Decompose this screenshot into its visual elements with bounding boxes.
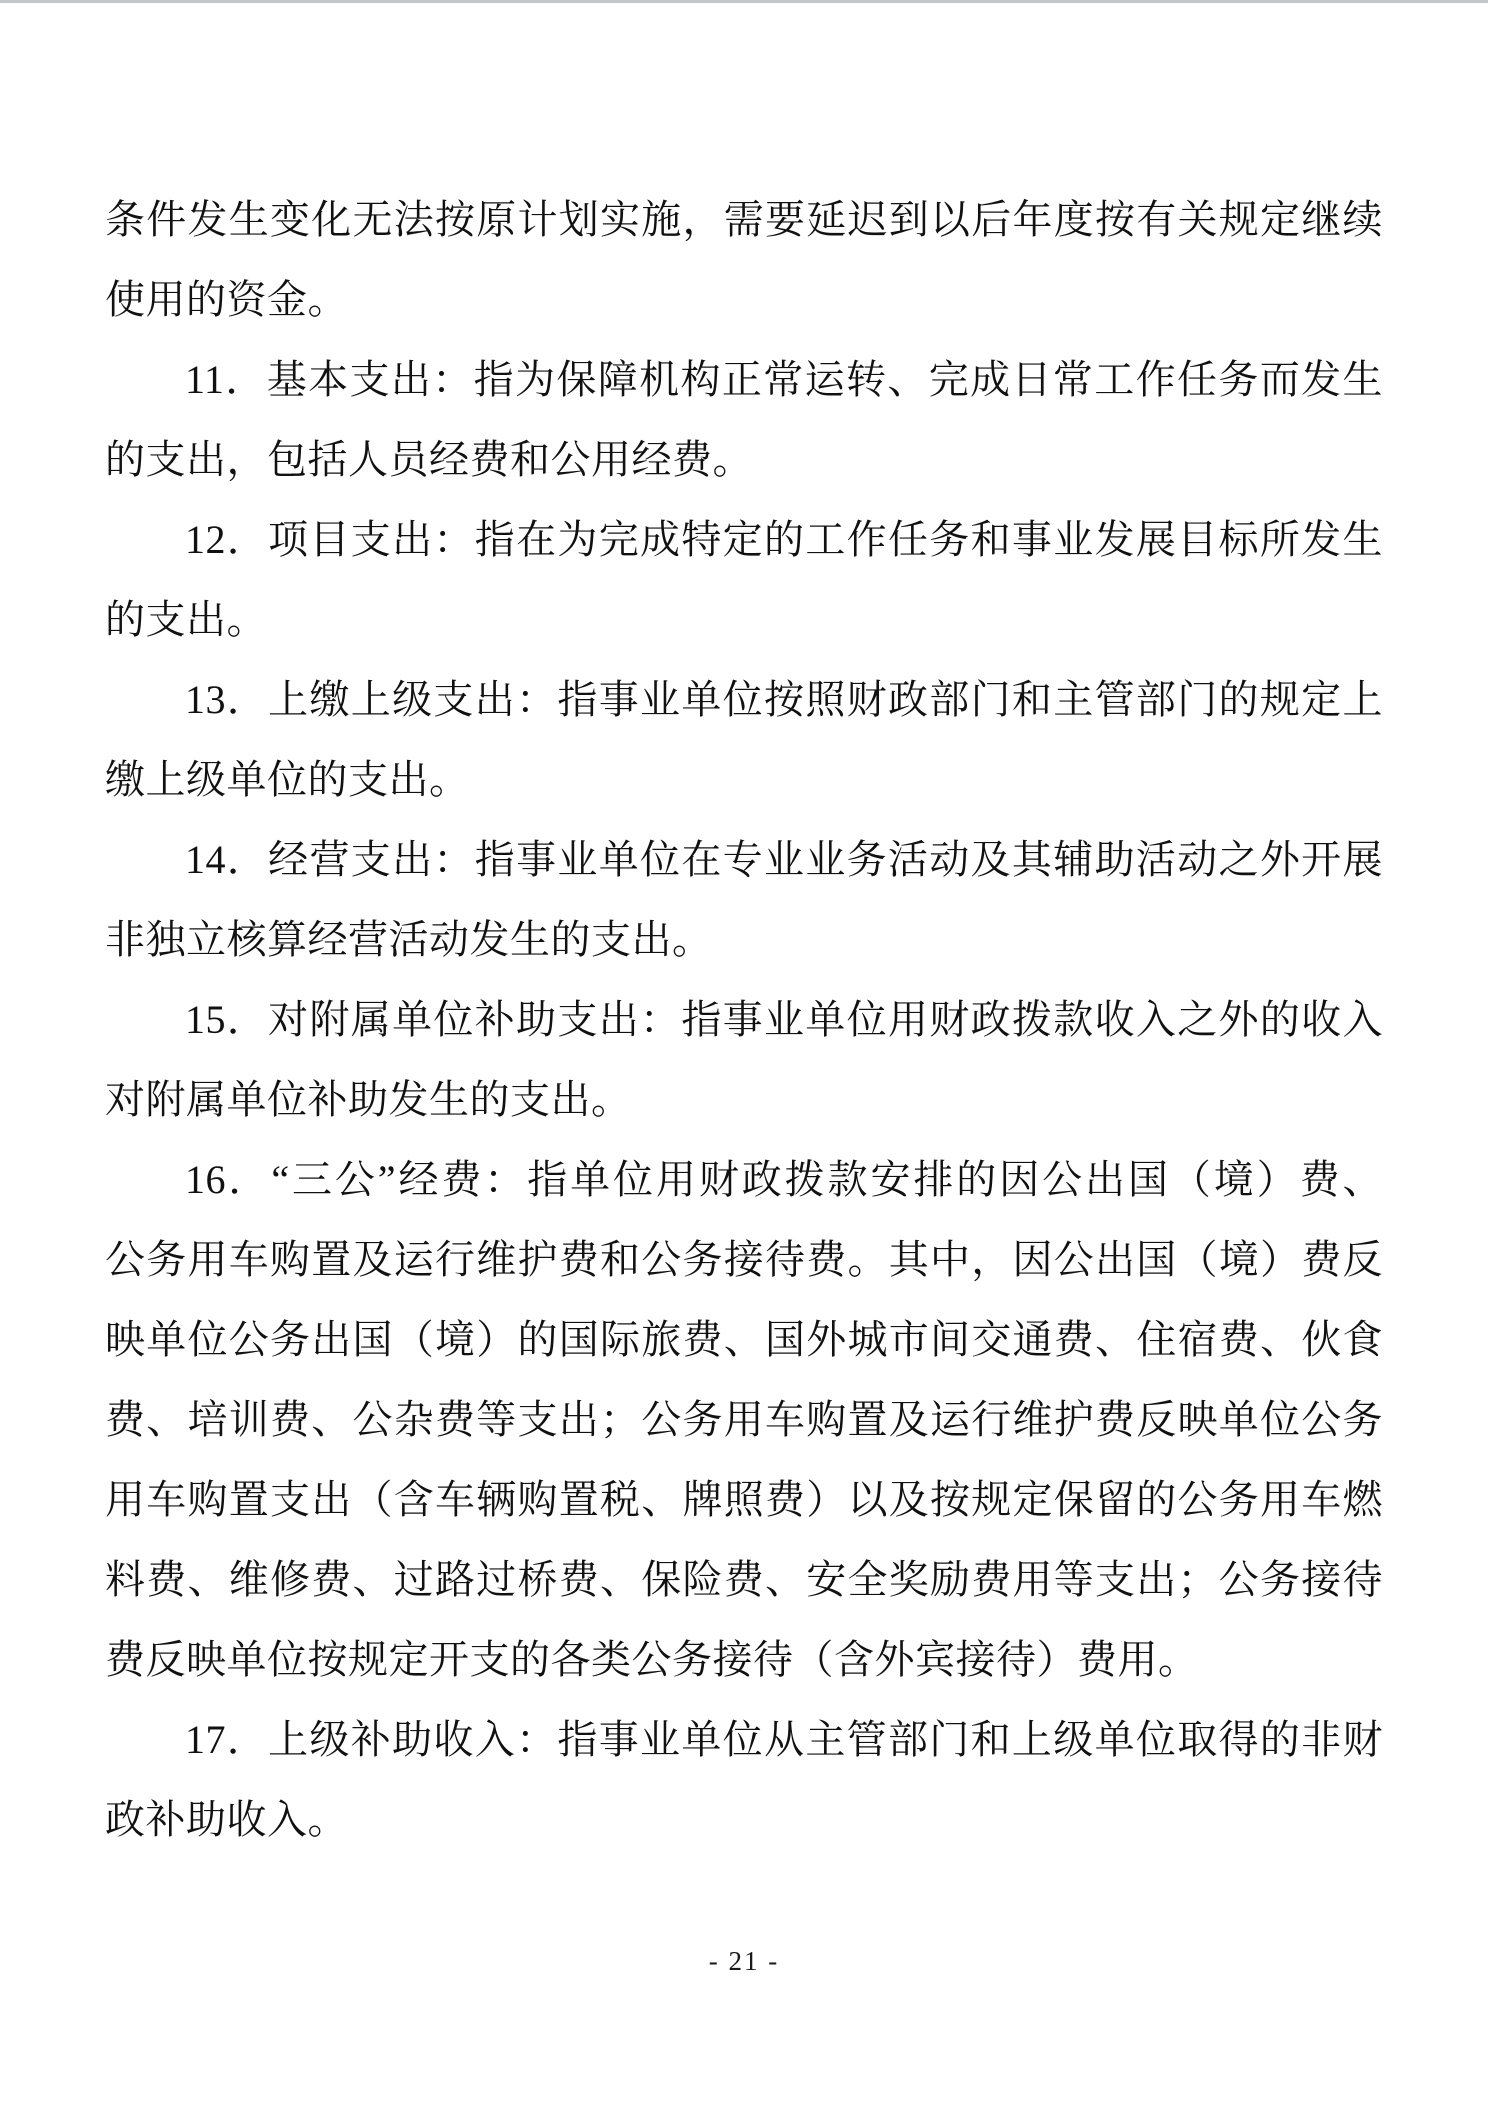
paragraph: 13．上缴上级支出：指事业单位按照财政部门和主管部门的规定上缴上级单位的支出。	[105, 660, 1383, 820]
text-line: 费、培训费、公杂费等支出；公务用车购置及运行维护费反映单位公务	[105, 1380, 1383, 1460]
text-line: 13．上缴上级支出：指事业单位按照财政部门和主管部门的规定上	[105, 660, 1383, 740]
text-line: 11．基本支出：指为保障机构正常运转、完成日常工作任务而发生	[105, 340, 1383, 420]
text-line: 政补助收入。	[105, 1780, 1383, 1860]
text-line: 非独立核算经营活动发生的支出。	[105, 900, 1383, 980]
text-line: 对附属单位补助发生的支出。	[105, 1060, 1383, 1140]
paragraph: 15．对附属单位补助支出：指事业单位用财政拨款收入之外的收入对附属单位补助发生的…	[105, 980, 1383, 1140]
text-line: 14．经营支出：指事业单位在专业业务活动及其辅助活动之外开展	[105, 820, 1383, 900]
paragraph: 12．项目支出：指在为完成特定的工作任务和事业发展目标所发生的支出。	[105, 500, 1383, 660]
paragraph: 16．“三公”经费：指单位用财政拨款安排的因公出国（境）费、公务用车购置及运行维…	[105, 1140, 1383, 1700]
paragraph: 11．基本支出：指为保障机构正常运转、完成日常工作任务而发生的支出，包括人员经费…	[105, 340, 1383, 500]
text-line: 费反映单位按规定开支的各类公务接待（含外宾接待）费用。	[105, 1620, 1383, 1700]
document-body: 条件发生变化无法按原计划实施，需要延迟到以后年度按有关规定继续使用的资金。11．…	[0, 3, 1488, 1860]
text-line: 15．对附属单位补助支出：指事业单位用财政拨款收入之外的收入	[105, 980, 1383, 1060]
text-line: 的支出，包括人员经费和公用经费。	[105, 420, 1383, 500]
text-line: 16．“三公”经费：指单位用财政拨款安排的因公出国（境）费、	[105, 1140, 1383, 1220]
text-line: 公务用车购置及运行维护费和公务接待费。其中，因公出国（境）费反	[105, 1220, 1383, 1300]
text-line: 用车购置支出（含车辆购置税、牌照费）以及按规定保留的公务用车燃	[105, 1460, 1383, 1540]
paragraph: 条件发生变化无法按原计划实施，需要延迟到以后年度按有关规定继续使用的资金。	[105, 180, 1383, 340]
page-footer: - 21 -	[0, 1941, 1488, 1981]
document-page: 条件发生变化无法按原计划实施，需要延迟到以后年度按有关规定继续使用的资金。11．…	[0, 0, 1488, 2104]
text-line: 条件发生变化无法按原计划实施，需要延迟到以后年度按有关规定继续	[105, 180, 1383, 260]
text-line: 的支出。	[105, 580, 1383, 660]
text-line: 使用的资金。	[105, 260, 1383, 340]
page-number: - 21 -	[709, 1946, 779, 1976]
text-line: 12．项目支出：指在为完成特定的工作任务和事业发展目标所发生	[105, 500, 1383, 580]
text-line: 缴上级单位的支出。	[105, 740, 1383, 820]
paragraph: 17．上级补助收入：指事业单位从主管部门和上级单位取得的非财政补助收入。	[105, 1700, 1383, 1860]
text-line: 料费、维修费、过路过桥费、保险费、安全奖励费用等支出；公务接待	[105, 1540, 1383, 1620]
text-line: 17．上级补助收入：指事业单位从主管部门和上级单位取得的非财	[105, 1700, 1383, 1780]
paragraph: 14．经营支出：指事业单位在专业业务活动及其辅助活动之外开展非独立核算经营活动发…	[105, 820, 1383, 980]
text-line: 映单位公务出国（境）的国际旅费、国外城市间交通费、住宿费、伙食	[105, 1300, 1383, 1380]
